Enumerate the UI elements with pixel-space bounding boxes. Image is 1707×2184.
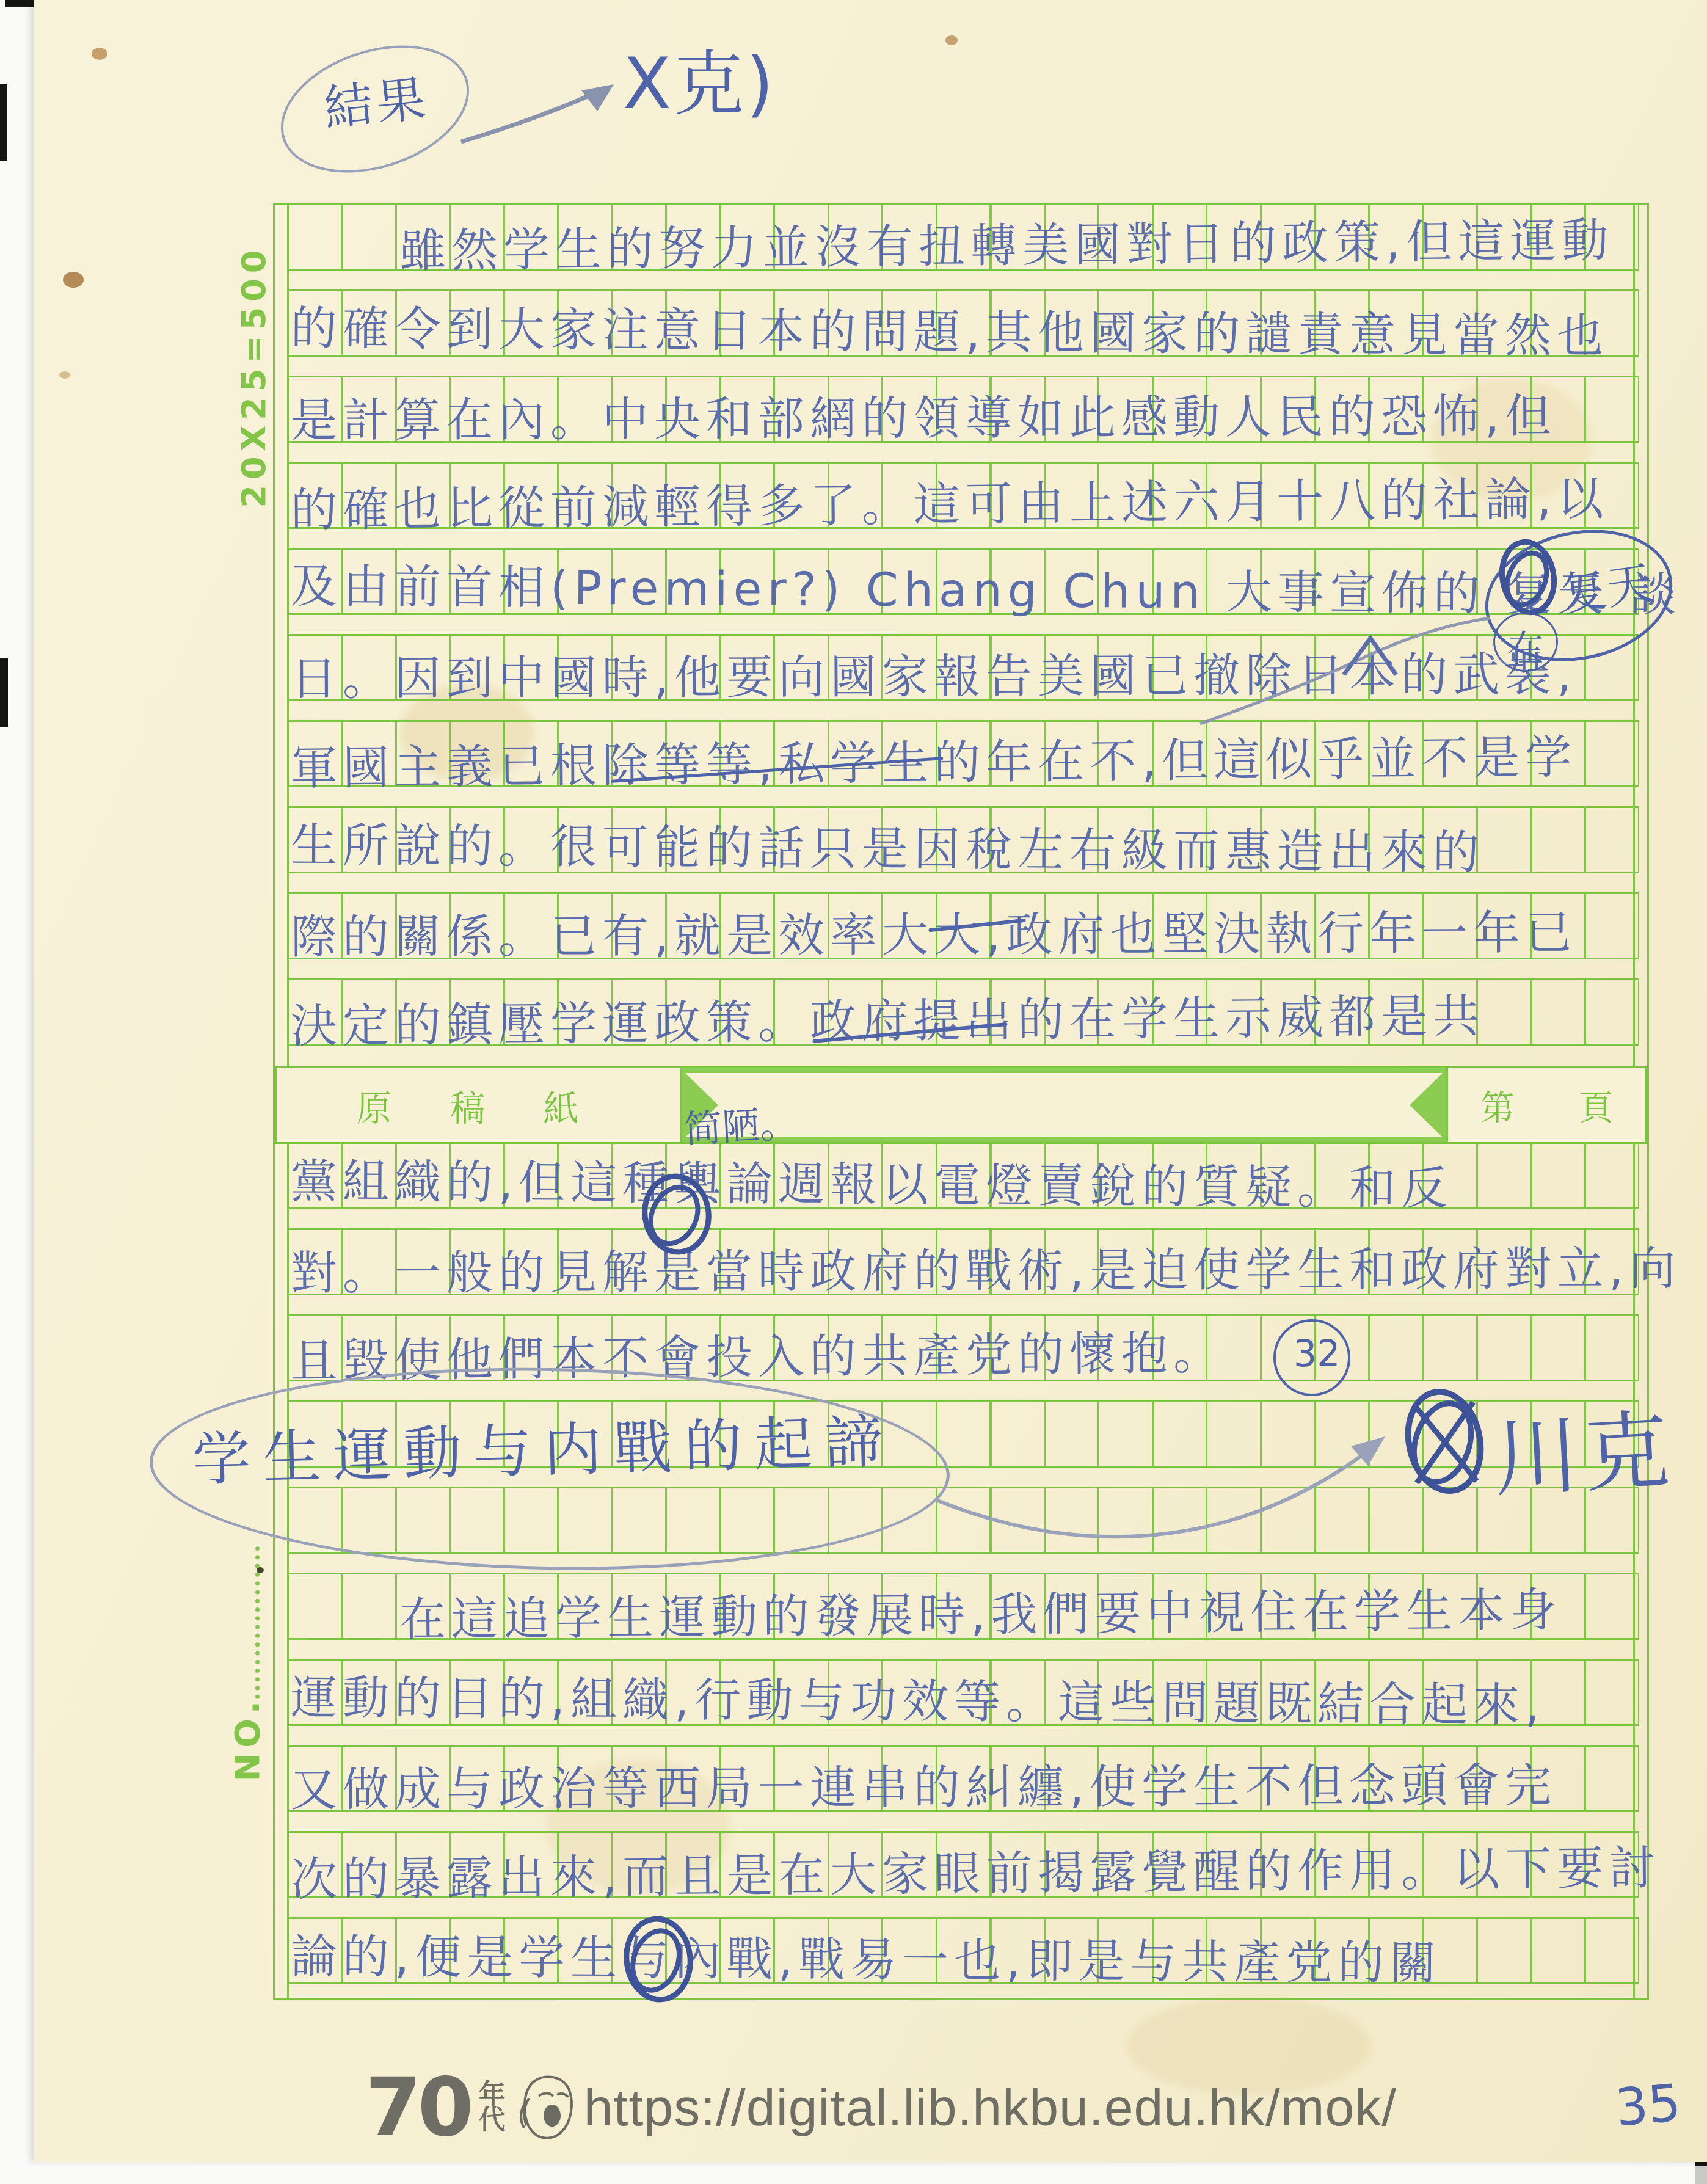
handwritten-page-number: 35: [1613, 2073, 1683, 2138]
manuscript-row: 決定的鎮壓学運政策。政府提出的在学生示威都是共: [287, 978, 1639, 1046]
section-arrow-target: 川克: [1490, 1381, 1677, 1513]
page-number-label: 第 頁: [1446, 1068, 1645, 1142]
reference-number: 32: [1294, 1333, 1340, 1375]
manuscript-row: 對。一般的見解是當時政府的戰術,是迫使学生和政府對立,向: [287, 1228, 1639, 1295]
scanned-manuscript-page: 20X25=500 NO. 雖然学生的努力並沒有扭轉美國對日的政策,但這運動的確…: [0, 0, 1707, 2184]
manuscript-line-text: 是計算在內。中央和部網的領導如此感動人民的恐怖,但: [291, 379, 1557, 450]
manuscript-row: 在這追学生運動的發展時,我們要中視住在学生本身: [287, 1573, 1639, 1640]
paper-stain: [92, 48, 107, 60]
manuscript-row: 黨組織的,但這種輿論週報以電燈賣銳的質疑。和反: [287, 1142, 1639, 1209]
paper-brand-label: 原稿紙: [277, 1068, 682, 1142]
manuscript-line-text: 又做成与政治等西局一連串的糾纏,使学生不但念頭會完: [291, 1748, 1557, 1819]
divider-handwritten-note: 简陋。: [683, 1093, 799, 1154]
paper-stain: [63, 272, 84, 288]
manuscript-line-text: 次的暴露出來,而且是在大家眼前揭露覺醒的作用。以下要討: [291, 1830, 1661, 1909]
circled-annotation-text: 結果: [320, 59, 432, 139]
divider-banner-shape: [685, 1073, 1443, 1137]
manuscript-row: 及由前首相(Premier?) Chang Chun 大事宣佈的 复天 談: [287, 548, 1639, 615]
brand-char-bottom: 代: [479, 2108, 506, 2133]
paper-stain: [59, 371, 70, 379]
page-label-second: 頁: [1579, 1081, 1613, 1130]
manuscript-line-text: 運動的目的,組織,行動与功效等。這些問題既結合起來,: [291, 1661, 1546, 1735]
manuscript-grid: 雖然学生的努力並沒有扭轉美國對日的政策,但這運動的確令到大家注意日本的問題,其他…: [273, 203, 1649, 2000]
manuscript-row: 又做成与政治等西局一連串的糾纏,使学生不但念頭會完: [287, 1745, 1639, 1812]
manuscript-line-text: 生所說的。很可能的話只是因稅左右級而惠造出來的: [291, 808, 1485, 882]
page-label-first: 第: [1480, 1081, 1515, 1130]
annotation-arrow-target: X克): [623, 27, 776, 128]
manuscript-line-text: 雖然学生的努力並沒有扭轉美國對日的政策,但這運動: [291, 203, 1614, 282]
manuscript-row: 的確也比從前減輕得多了。這可由上述六月十八的社論,以: [287, 462, 1639, 529]
brand-char-top: 年: [479, 2082, 506, 2108]
manuscript-line-text: 的確也比從前減輕得多了。這可由上述六月十八的社論,以: [291, 462, 1609, 540]
manuscript-row: 是計算在內。中央和部網的領導如此感動人民的恐怖,但: [287, 376, 1639, 443]
manuscript-line-text: 黨組織的,但這種輿論週報以電燈賣銳的質疑。和反: [291, 1144, 1454, 1218]
scan-edge-mark: [0, 658, 8, 727]
manuscript-row: 論的,便是学生与內戰,戰易一也,即是与共產党的關: [287, 1917, 1639, 1984]
manuscript-line-text: 日。因到中國時,他要向國家報告美國已撤除日本的武裝,: [291, 637, 1578, 708]
manuscript-row: 次的暴露出來,而且是在大家眼前揭露覺醒的作用。以下要討: [287, 1831, 1639, 1898]
manuscript-row: 雖然学生的努力並沒有扭轉美國對日的政策,但這運動: [287, 203, 1639, 271]
brand-70-logo: 70: [365, 2067, 470, 2148]
no-label: NO.: [228, 1697, 268, 1782]
scan-edge-mark: [1695, 2166, 1707, 2184]
manuscript-row: 運動的目的,組織,行動与功效等。這些問題既結合起來,: [287, 1659, 1639, 1726]
manuscript-row: 生所說的。很可能的話只是因稅左右級而惠造出來的: [287, 806, 1639, 873]
manuscript-row: 日。因到中國時,他要向國家報告美國已撤除日本的武裝,: [287, 634, 1639, 701]
scan-edge-mark: [0, 84, 7, 161]
manuscript-line-text: 論的,便是学生与內戰,戰易一也,即是与共產党的關: [291, 1919, 1442, 1993]
manuscript-line-text: 對。一般的見解是當時政府的戰術,是迫使学生和政府對立,向: [291, 1231, 1681, 1303]
manuscript-line-text: 在這追学生運動的發展時,我們要中視住在学生本身: [291, 1573, 1562, 1650]
sheet-format-label: 20X25=500: [235, 282, 273, 508]
manuscript-line-text: 決定的鎮壓学運政策。政府提出的在学生示威都是共: [291, 978, 1485, 1055]
woodcut-face-icon: [514, 2072, 575, 2144]
margin-dotted-line: [255, 1546, 260, 1699]
divider-band: 原稿紙 第 頁: [275, 1066, 1647, 1144]
paper-stain: [945, 35, 958, 45]
watermark-bar: 70 年 代 https://digital.lib.hkbu.edu.hk/m…: [365, 2069, 1397, 2146]
insertion-char: 在: [1507, 620, 1544, 672]
brand-chars: 年 代: [479, 2082, 506, 2133]
watermark-url: https://digital.lib.hkbu.edu.hk/mok/: [584, 2078, 1397, 2138]
manuscript-row: 的確令到大家注意日本的問題,其他國家的譴責意見當然也: [287, 289, 1639, 357]
manuscript-line-text: 及由前首相(Premier?) Chang Chun 大事宣佈的 复天 談: [291, 549, 1682, 624]
manuscript-line-text: 的確令到大家注意日本的問題,其他國家的譴責意見當然也: [291, 291, 1609, 365]
insertion-text: 复天: [1556, 547, 1656, 624]
manuscript-row: 軍國主義已根除等等,私学生的年在不,但這似乎並不是学: [287, 720, 1639, 787]
